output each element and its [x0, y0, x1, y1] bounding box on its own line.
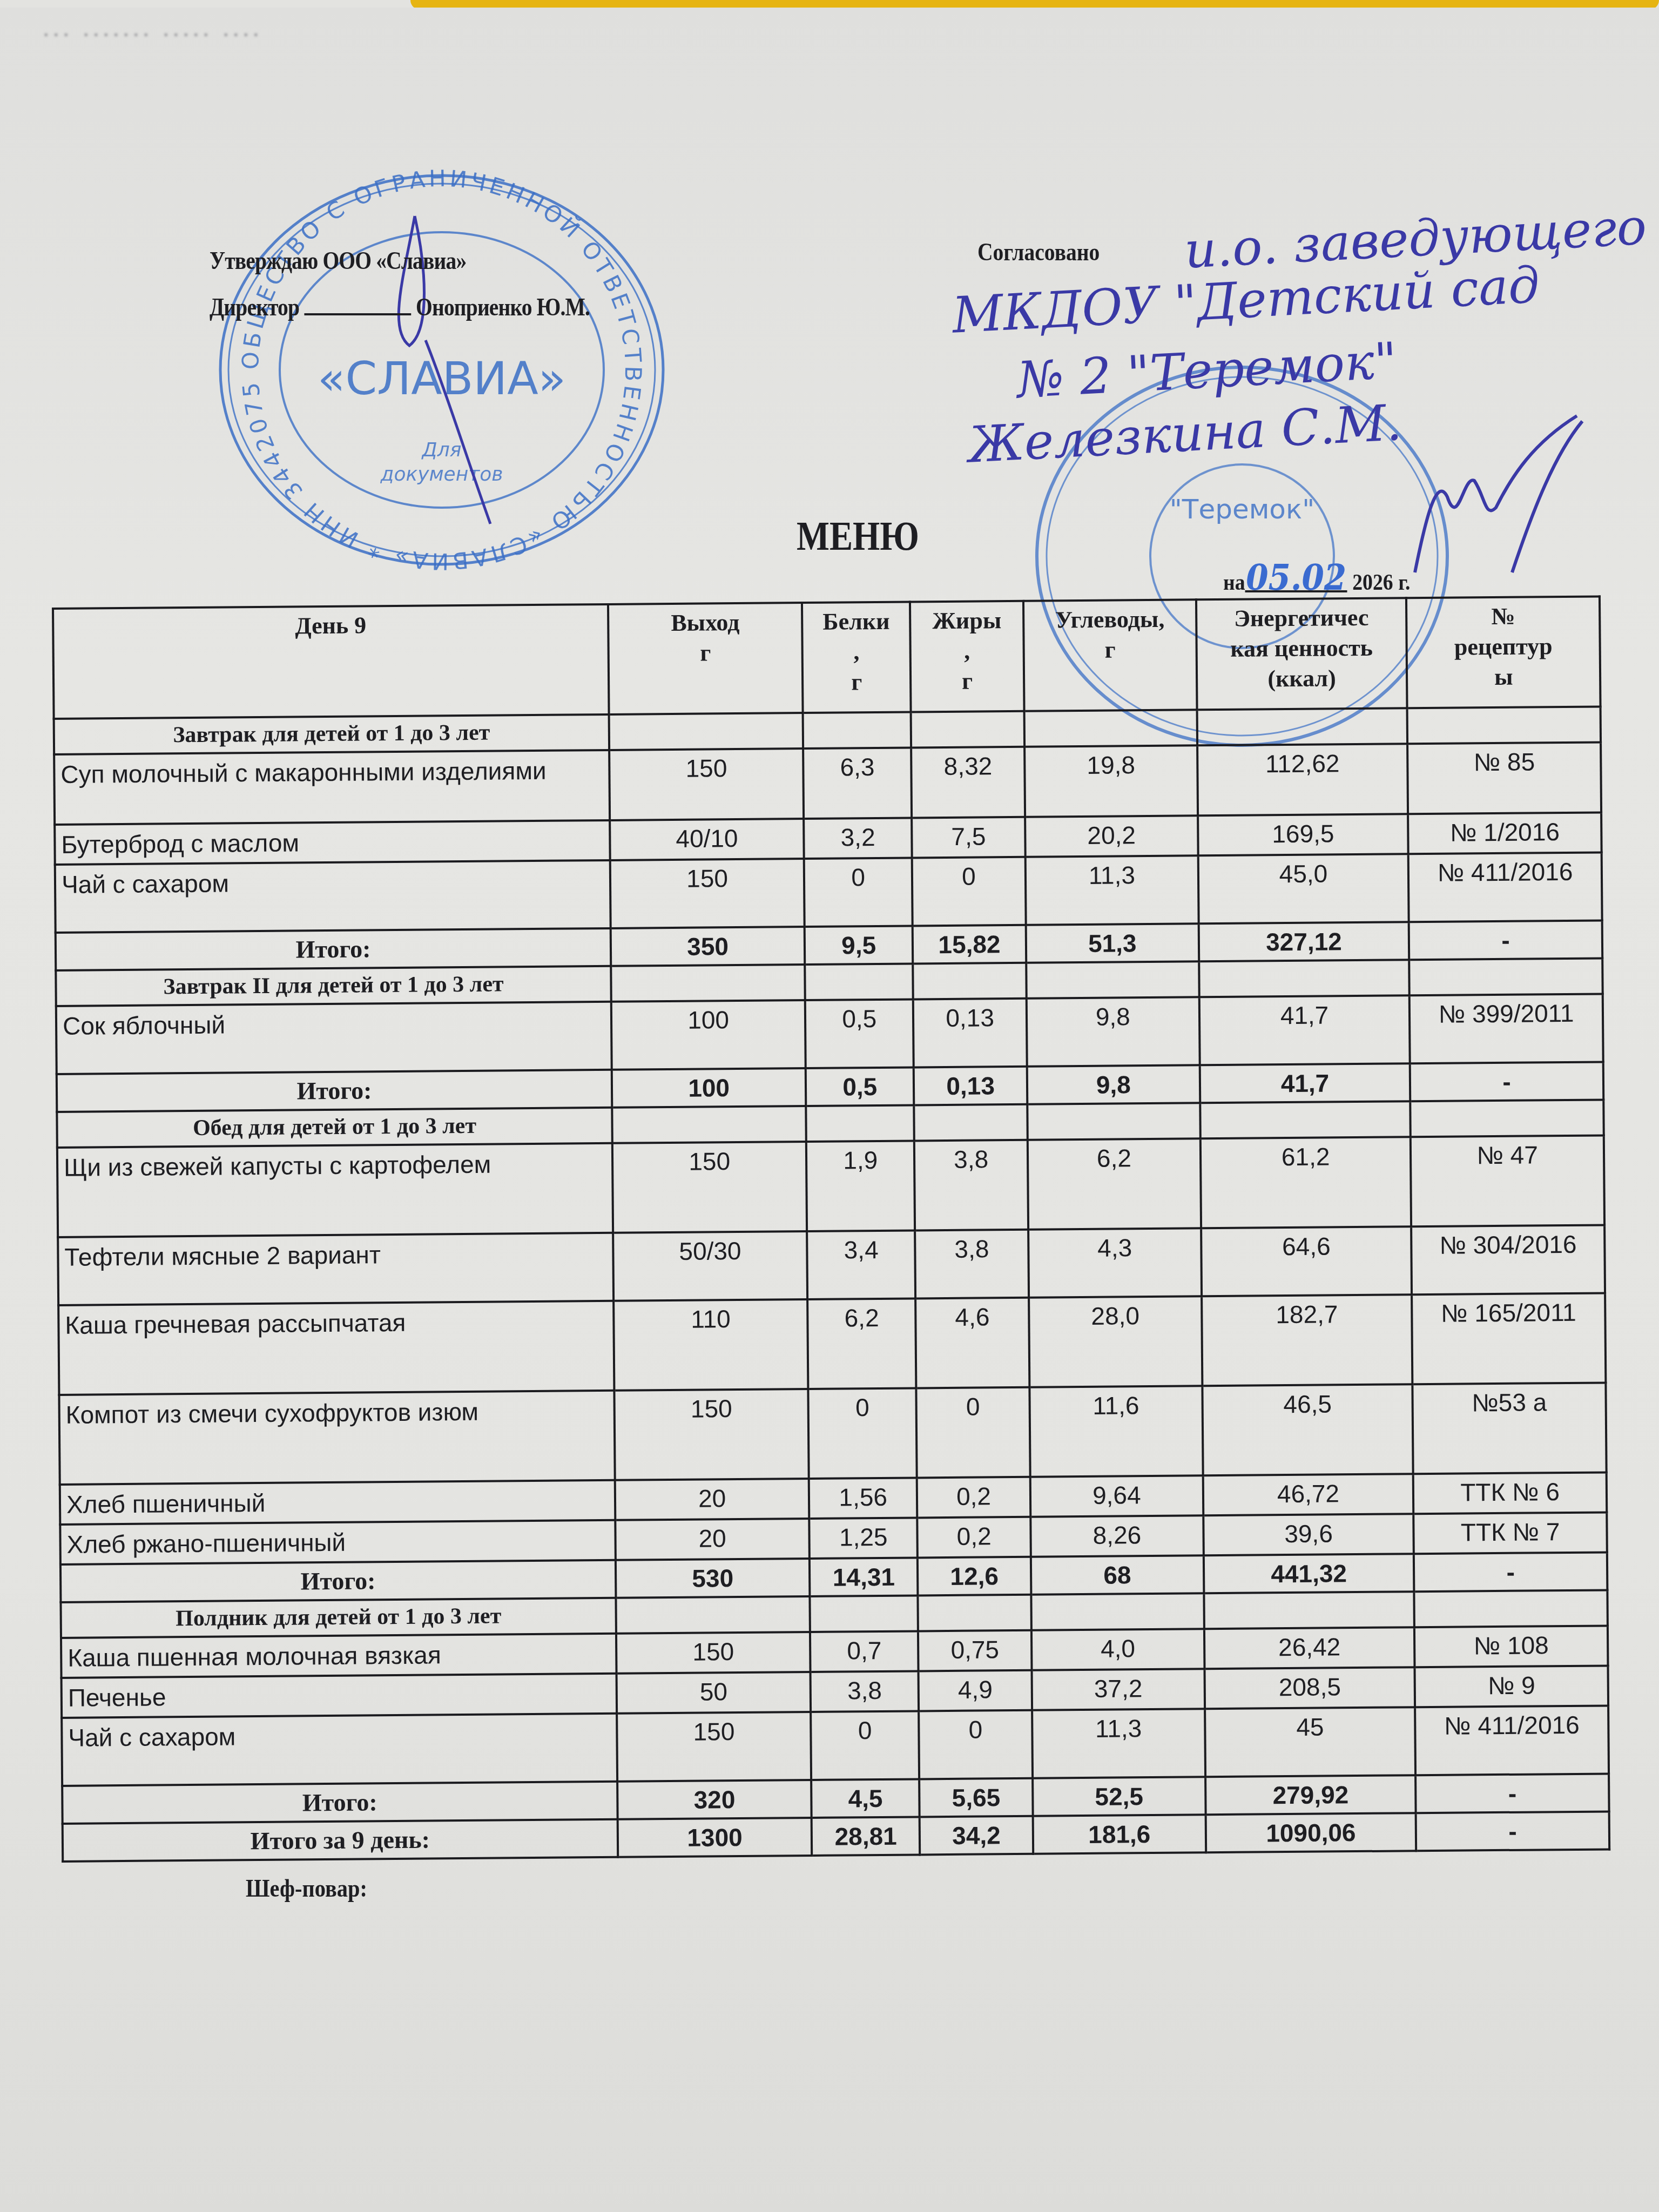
- empty-cell: [1031, 1593, 1204, 1630]
- cell-energy: 61,2: [1201, 1137, 1412, 1228]
- col-fat: Жиры,г: [910, 601, 1024, 712]
- subtotal-label: Итого:: [60, 1560, 616, 1602]
- svg-text:«СЛАВИА»: «СЛАВИА»: [318, 352, 566, 405]
- grand-total-protein: 28,81: [812, 1817, 920, 1856]
- table-row: Компот из смечи сухофруктов изюм1500011,…: [59, 1382, 1606, 1484]
- dish-name: Печенье: [62, 1674, 617, 1718]
- subtotal-energy: 327,12: [1198, 922, 1409, 961]
- subtotal-recipe: -: [1409, 920, 1602, 960]
- cell-protein: 1,25: [810, 1518, 918, 1559]
- subtotal-protein: 4,5: [811, 1779, 919, 1818]
- subtotal-label: Итого:: [57, 1070, 612, 1112]
- cell-recipe: № 1/2016: [1408, 812, 1601, 854]
- cell-carbs: 4,3: [1028, 1228, 1202, 1298]
- empty-cell: [1199, 960, 1410, 997]
- date-handwritten: 05.02: [1245, 564, 1347, 592]
- subtotal-out: 530: [616, 1559, 810, 1598]
- empty-cell: [913, 963, 1026, 1000]
- subtotal-label: Итого:: [62, 1782, 617, 1824]
- cell-protein: 1,9: [806, 1141, 915, 1231]
- cell-carbs: 11,6: [1029, 1386, 1203, 1477]
- approve-line: Утверждаю ООО «Славиа»: [210, 238, 590, 284]
- cell-carbs: 28,0: [1029, 1296, 1202, 1387]
- empty-cell: [918, 1595, 1031, 1631]
- cell-fat: 3,8: [914, 1140, 1028, 1231]
- cell-recipe: № 165/2011: [1412, 1293, 1606, 1384]
- cell-fat: 4,6: [915, 1298, 1029, 1388]
- empty-cell: [1024, 710, 1197, 747]
- subtotal-protein: 0,5: [806, 1067, 914, 1106]
- dish-name: Компот из смечи сухофруктов изюм: [59, 1391, 615, 1485]
- empty-cell: [1414, 1590, 1608, 1627]
- cell-out: 50: [616, 1672, 811, 1714]
- director-label: Директор: [210, 293, 299, 321]
- svg-text:"Теремок": "Теремок": [1170, 494, 1314, 525]
- cell-protein: 0,7: [810, 1631, 918, 1672]
- date-suffix: 2026 г.: [1352, 570, 1410, 595]
- table-row: Каша гречневая рассыпчатая1106,24,628,01…: [58, 1293, 1606, 1394]
- cell-fat: 7,5: [912, 817, 1025, 858]
- col-carbs: Углеводы,г: [1023, 599, 1197, 711]
- cell-carbs: 37,2: [1032, 1669, 1205, 1710]
- empty-cell: [1200, 1101, 1411, 1138]
- cell-energy: 45,0: [1198, 854, 1409, 923]
- cell-recipe: № 9: [1415, 1665, 1608, 1707]
- subtotal-carbs: 51,3: [1026, 923, 1199, 963]
- cell-out: 150: [616, 1632, 811, 1674]
- approval-block: Утверждаю ООО «Славиа» Директор Оноприен…: [210, 238, 590, 331]
- empty-cell: [1204, 1591, 1414, 1629]
- table-header-row: День 9 Выходг Белки,г Жиры,г Углеводы,г …: [53, 596, 1601, 718]
- cell-fat: 4,9: [919, 1670, 1032, 1711]
- dish-name: Каша пшенная молочная вязкая: [61, 1634, 616, 1678]
- cell-energy: 64,6: [1201, 1226, 1412, 1296]
- col-day: День 9: [53, 604, 609, 719]
- subtotal-recipe: -: [1414, 1552, 1607, 1591]
- col-energy: Энергетическая ценность(ккал): [1196, 598, 1407, 710]
- cell-fat: 0: [916, 1387, 1030, 1478]
- cell-energy: 182,7: [1202, 1294, 1413, 1386]
- subtotal-protein: 14,31: [810, 1557, 918, 1596]
- empty-cell: [609, 713, 804, 750]
- subtotal-energy: 41,7: [1199, 1063, 1410, 1103]
- cell-out: 50/30: [613, 1231, 807, 1301]
- cell-energy: 26,42: [1204, 1627, 1415, 1669]
- dish-name: Тефтели мясные 2 вариант: [58, 1233, 613, 1305]
- cell-recipe: № 411/2016: [1408, 852, 1602, 922]
- subtotal-energy: 441,32: [1204, 1554, 1414, 1593]
- grand-total-label: Итого за 9 день:: [63, 1819, 618, 1862]
- dish-name: Бутерброд с маслом: [55, 820, 610, 865]
- dish-name: Чай с сахаром: [55, 860, 611, 933]
- svg-text:Для: Для: [421, 439, 462, 461]
- cell-out: 150: [612, 1142, 807, 1233]
- cell-out: 40/10: [610, 819, 804, 860]
- empty-cell: [1027, 1103, 1200, 1140]
- subtotal-out: 350: [611, 927, 805, 966]
- section-title: Завтрак II для детей от 1 до 3 лет: [56, 966, 611, 1006]
- cell-protein: 0: [811, 1711, 919, 1780]
- section-title: Полдник для детей от 1 до 3 лет: [60, 1598, 616, 1638]
- handwritten-signature: [1404, 410, 1588, 583]
- dish-name: Хлеб пшеничный: [60, 1480, 615, 1525]
- cell-recipe: № 399/2011: [1410, 994, 1603, 1063]
- grand-total-out: 1300: [618, 1818, 812, 1857]
- empty-cell: [611, 965, 805, 1002]
- empty-cell: [1197, 708, 1407, 745]
- cell-out: 150: [617, 1712, 811, 1782]
- cell-fat: 0,2: [917, 1517, 1030, 1558]
- empty-cell: [616, 1596, 810, 1634]
- grand-total-carbs: 181,6: [1033, 1815, 1206, 1854]
- cell-out: 110: [613, 1299, 808, 1391]
- empty-cell: [1026, 961, 1199, 999]
- agreed-label: Согласовано: [977, 238, 1100, 266]
- subtotal-fat: 0,13: [914, 1067, 1027, 1105]
- cell-energy: 112,62: [1197, 744, 1408, 815]
- empty-cell: [805, 963, 913, 1000]
- col-recipe: №рецептуры: [1406, 596, 1600, 708]
- subtotal-protein: 9,5: [805, 926, 913, 965]
- subtotal-fat: 5,65: [919, 1778, 1033, 1817]
- dish-name: Чай с сахаром: [62, 1714, 617, 1786]
- cell-fat: 3,8: [915, 1230, 1029, 1299]
- bleed-through-text: ... ....... ..... ....: [43, 16, 263, 42]
- table-row: Сок яблочный1000,50,139,841,7№ 399/2011: [56, 994, 1603, 1074]
- cell-carbs: 6,2: [1028, 1138, 1201, 1230]
- empty-cell: [612, 1106, 806, 1143]
- subtotal-fat: 15,82: [913, 925, 1026, 964]
- page-title: МЕНЮ: [797, 513, 919, 560]
- table-row: Суп молочный с макаронными изделиями1506…: [54, 742, 1601, 824]
- cell-energy: 45: [1205, 1707, 1416, 1777]
- cell-recipe: ТТК № 6: [1413, 1472, 1607, 1514]
- cell-carbs: 11,3: [1026, 855, 1199, 925]
- empty-cell: [1411, 1100, 1604, 1137]
- cell-recipe: № 108: [1414, 1626, 1608, 1667]
- cell-out: 150: [610, 859, 805, 928]
- cell-recipe: № 304/2016: [1411, 1225, 1605, 1294]
- cell-protein: 3,2: [804, 818, 912, 859]
- dish-name: Хлеб ржано-пшеничный: [60, 1520, 615, 1564]
- cell-fat: 8,32: [911, 747, 1025, 818]
- cell-carbs: 11,3: [1032, 1709, 1205, 1778]
- cell-protein: 0,5: [805, 999, 914, 1068]
- cell-out: 150: [609, 748, 804, 820]
- empty-cell: [911, 711, 1024, 748]
- cell-protein: 3,4: [807, 1230, 915, 1299]
- director-line: Директор Оноприенко Ю.М.: [210, 284, 590, 331]
- subtotal-carbs: 68: [1031, 1555, 1204, 1595]
- cell-fat: 0: [912, 857, 1026, 926]
- cell-out: 20: [615, 1519, 810, 1560]
- subtotal-energy: 279,92: [1205, 1775, 1416, 1815]
- cell-out: 20: [615, 1479, 810, 1520]
- menu-table-body: Завтрак для детей от 1 до 3 летСуп молоч…: [54, 706, 1610, 1861]
- empty-cell: [803, 712, 911, 749]
- table-row: Чай с сахаром1500011,345,0№ 411/2016: [55, 852, 1602, 932]
- slavia-stamp: ОБЩЕСТВО С ОГРАНИЧЕННОЙ ОТВЕТСТВЕННОСТЬЮ…: [210, 167, 674, 572]
- subtotal-recipe: -: [1410, 1062, 1603, 1101]
- cell-carbs: 4,0: [1031, 1629, 1204, 1670]
- director-name: Оноприенко Ю.М.: [416, 293, 590, 321]
- col-output: Выходг: [608, 603, 803, 714]
- cell-recipe: №53 а: [1413, 1382, 1607, 1474]
- cell-carbs: 8,26: [1030, 1515, 1203, 1557]
- col-protein: Белки,г: [802, 602, 911, 713]
- signature-line: [304, 297, 411, 315]
- dish-name: Щи из свежей капусты с картофелем: [57, 1143, 613, 1237]
- date-prefix: на: [1223, 570, 1245, 595]
- subtotal-out: 100: [612, 1068, 806, 1108]
- cell-protein: 3,8: [811, 1671, 919, 1712]
- cell-out: 150: [614, 1389, 809, 1480]
- subtotal-out: 320: [617, 1780, 812, 1819]
- cell-recipe: № 85: [1407, 742, 1601, 814]
- subtotal-fat: 12,6: [918, 1557, 1031, 1596]
- table-row: Тефтели мясные 2 вариант50/303,43,84,364…: [58, 1225, 1605, 1305]
- subtotal-carbs: 52,5: [1033, 1777, 1205, 1816]
- subtotal-carbs: 9,8: [1027, 1065, 1200, 1104]
- cell-protein: 0: [808, 1388, 917, 1479]
- table-row: Щи из свежей капусты с картофелем1501,93…: [57, 1135, 1604, 1237]
- cell-recipe: № 47: [1411, 1135, 1604, 1226]
- menu-date: на05.02 2026 г.: [1223, 564, 1411, 596]
- subtotal-label: Итого:: [56, 928, 611, 970]
- cell-carbs: 19,8: [1024, 745, 1198, 817]
- cell-energy: 46,5: [1202, 1384, 1413, 1475]
- empty-cell: [810, 1595, 918, 1632]
- dish-name: Сок яблочный: [56, 1002, 612, 1074]
- cell-protein: 6,3: [803, 748, 912, 819]
- cell-out: 100: [611, 1000, 806, 1070]
- cell-fat: 0: [919, 1710, 1033, 1779]
- empty-cell: [1410, 958, 1603, 995]
- grand-total-fat: 34,2: [920, 1816, 1033, 1855]
- cell-fat: 0,2: [917, 1477, 1030, 1518]
- section-title: Завтрак для детей от 1 до 3 лет: [54, 714, 609, 754]
- chef-signature-label: Шеф-повар:: [246, 1874, 367, 1903]
- cell-protein: 6,2: [807, 1298, 916, 1389]
- dish-name: Каша гречневая рассыпчатая: [58, 1301, 614, 1395]
- cell-protein: 0: [804, 858, 913, 927]
- section-title: Обед для детей от 1 до 3 лет: [57, 1108, 612, 1148]
- menu-table: День 9 Выходг Белки,г Жиры,г Углеводы,г …: [52, 595, 1610, 1862]
- cell-energy: 169,5: [1198, 814, 1408, 855]
- empty-cell: [806, 1105, 914, 1142]
- cell-carbs: 9,64: [1030, 1475, 1203, 1517]
- cell-energy: 208,5: [1204, 1667, 1415, 1709]
- subtotal-recipe: -: [1415, 1773, 1609, 1813]
- cell-fat: 0,75: [918, 1630, 1031, 1671]
- cell-recipe: ТТК № 7: [1414, 1512, 1607, 1554]
- empty-cell: [914, 1104, 1027, 1141]
- table-row: Чай с сахаром1500011,345№ 411/2016: [62, 1705, 1609, 1785]
- cell-energy: 41,7: [1199, 995, 1410, 1065]
- svg-text:документов: документов: [380, 463, 503, 485]
- cell-energy: 46,72: [1203, 1474, 1413, 1515]
- grand-total-energy: 1090,06: [1205, 1813, 1416, 1852]
- cell-carbs: 20,2: [1025, 815, 1198, 857]
- grand-total-recipe: -: [1416, 1811, 1609, 1851]
- cell-energy: 39,6: [1203, 1514, 1414, 1555]
- cell-recipe: № 411/2016: [1415, 1705, 1609, 1775]
- cell-protein: 1,56: [809, 1478, 917, 1519]
- cell-fat: 0,13: [913, 999, 1027, 1068]
- empty-cell: [1407, 706, 1601, 744]
- cell-carbs: 9,8: [1027, 997, 1200, 1067]
- dish-name: Суп молочный с макаронными изделиями: [54, 750, 610, 825]
